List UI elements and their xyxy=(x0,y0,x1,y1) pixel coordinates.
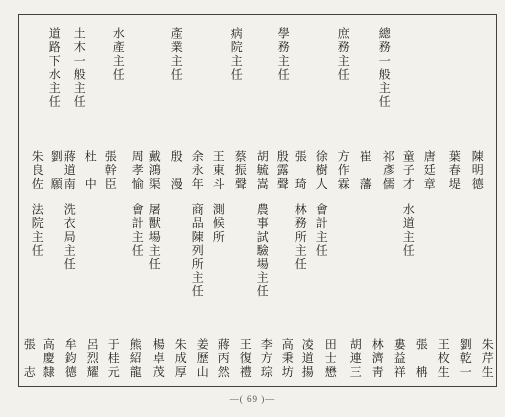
person-name-column: 杜 中 xyxy=(83,150,96,191)
person-name-column: 徐樹人 xyxy=(314,150,327,191)
person-name-column: 朱成厚 xyxy=(173,338,186,379)
person-name-column: 于桂元 xyxy=(106,338,119,379)
person-name-column: 周孝愉 xyxy=(130,150,143,191)
section-header-column: 產業主任 xyxy=(169,27,182,81)
person-title-column: 商品陳列所主任 xyxy=(190,203,203,298)
person-name-column: 崔 藩 xyxy=(358,150,371,191)
table-frame xyxy=(18,14,497,387)
person-name-column: 張 柟 xyxy=(414,338,427,379)
person-name-column: 呂烈耀 xyxy=(85,338,98,379)
section-header-column: 庶務主任 xyxy=(336,27,349,81)
person-name-column: 張 志 xyxy=(22,338,35,379)
person-name-column: 田士懋 xyxy=(323,338,336,379)
person-name-column: 高秉坊 xyxy=(280,338,293,379)
person-name-column: 劉乾一 xyxy=(458,338,471,379)
person-name-column: 方作霖 xyxy=(336,150,349,191)
person-name-column: 王復禮 xyxy=(238,338,251,379)
person-name-column: 胡毓嵩 xyxy=(255,150,268,191)
person-name-column: 童子才 xyxy=(401,150,414,191)
person-name-column: 殷露聲 xyxy=(275,150,288,191)
person-title-column: 農事試驗場主任 xyxy=(255,203,268,298)
person-title-column: 林務所主任 xyxy=(293,203,306,271)
section-header-column: 總務一般主任 xyxy=(377,27,390,109)
person-name-column: 葉春堤 xyxy=(447,150,460,191)
person-name-column: 祁彥儒 xyxy=(381,150,394,191)
person-name-column: 凌道揚 xyxy=(300,338,313,379)
page-number: —( 69 )— xyxy=(0,394,505,404)
section-header-column: 學務主任 xyxy=(276,27,289,81)
person-title-column: 洗衣局主任 xyxy=(62,203,75,271)
person-name-column: 蔡振聲 xyxy=(233,150,246,191)
section-header-column: 土木一般主任 xyxy=(72,27,85,109)
person-name-column: 戴鴻渠 xyxy=(147,150,160,191)
person-name-column: 牟鈞德 xyxy=(63,338,76,379)
person-title-column: 測候所 xyxy=(211,203,224,244)
person-name-column: 林濟靑 xyxy=(370,338,383,379)
person-title-column: 會計主任 xyxy=(130,203,143,257)
person-title-column: 屠獸場主任 xyxy=(147,203,160,271)
person-title-column: 水道主任 xyxy=(401,203,414,257)
person-name-column: 蔣丙然 xyxy=(216,338,229,379)
person-name-column: 李方琮 xyxy=(259,338,272,379)
person-name-column: 劉 願 xyxy=(49,150,62,191)
person-title-column: 會計主任 xyxy=(314,203,327,257)
section-header-column: 病院主任 xyxy=(229,27,242,81)
person-name-column: 張幹臣 xyxy=(103,150,116,191)
person-name-column: 王東斗 xyxy=(211,150,224,191)
person-name-column: 朱芹生 xyxy=(480,338,493,379)
person-name-column: 楊卓茂 xyxy=(151,338,164,379)
person-name-column: 余永年 xyxy=(190,150,203,191)
person-title-column: 法院主任 xyxy=(30,203,43,257)
person-name-column: 熊紹龍 xyxy=(128,338,141,379)
person-name-column: 陳明德 xyxy=(470,150,483,191)
person-name-column: 朱良佐 xyxy=(30,150,43,191)
person-name-column: 蔣道南 xyxy=(62,150,75,191)
person-name-column: 高慶隸 xyxy=(41,338,54,379)
person-name-column: 張 琦 xyxy=(293,150,306,191)
section-header-column: 水產主任 xyxy=(111,27,124,81)
person-name-column: 殷 漫 xyxy=(169,150,182,191)
person-name-column: 姜歷山 xyxy=(195,338,208,379)
person-name-column: 唐廷章 xyxy=(422,150,435,191)
person-name-column: 婁益祥 xyxy=(392,338,405,379)
person-name-column: 胡連三 xyxy=(348,338,361,379)
section-header-column: 道路下水主任 xyxy=(47,27,60,109)
person-name-column: 王枚生 xyxy=(436,338,449,379)
scanned-page: 總務一般主任庶務主任學務主任病院主任產業主任水產主任土木一般主任道路下水主任陳明… xyxy=(0,0,505,417)
